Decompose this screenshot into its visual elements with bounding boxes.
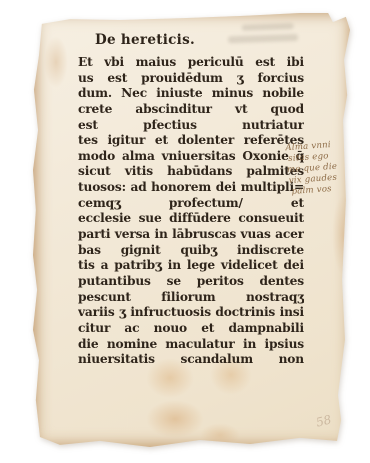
body-line: est pfectius nutriatur Consideran=	[78, 118, 304, 134]
body-line: niuersitatis scandalum non modi=	[78, 352, 304, 368]
pencil-folio-number: 58	[315, 412, 333, 429]
body-line: Et vbi maius periculū est ibi cauci/	[78, 55, 304, 71]
stain	[332, 195, 354, 275]
body-line: citur ac nouo et dampnabili lollar=	[78, 321, 304, 337]
body-line: pescunt filiorum nostraqʒ puincia	[78, 290, 304, 306]
body-line: dum. Nec iniuste minus nobile dis	[78, 86, 304, 102]
stain	[44, 36, 68, 88]
body-line: variis ʒ infructuosis doctrinis insi	[78, 305, 304, 321]
body-line: putantibus se peritos dentes obstu	[78, 274, 304, 290]
stain	[200, 423, 240, 447]
photo-of-incunable-leaf: De hereticis. Et vbi maius periculū est …	[0, 0, 370, 463]
body-line: ecclesie sue diffūdere consueuit iam	[78, 211, 304, 227]
page-heading: De hereticis.	[95, 32, 195, 48]
body-line: modo alma vniuersitas Oxonie q̄	[78, 149, 304, 165]
body-line: us est prouidēdum ʒ forcius resistē/	[78, 71, 304, 87]
body-line: crete abscinditur vt quod nobilius	[78, 102, 304, 118]
body-line: tis a patribʒ in lege videlicet dei re=	[78, 258, 304, 274]
body-line: sicut vitis habūdans palmites fruc	[78, 164, 304, 180]
body-line: tuosos: ad honorem dei multipli=	[78, 180, 304, 196]
body-line: parti versa in lābruscas vuas acer	[78, 227, 304, 243]
body-line: die nomine maculatur in ipsius v=	[78, 337, 304, 353]
leaf-shadow-wrap: De hereticis. Et vbi maius periculū est …	[0, 0, 370, 463]
body-line: tes igitur et dolenter referētes quo/	[78, 133, 304, 149]
showthrough-ghost-text	[228, 23, 305, 50]
stain	[146, 400, 204, 438]
body-line: bas gignit quibʒ indiscrete cōmes=	[78, 243, 304, 259]
paper-leaf: De hereticis. Et vbi maius periculū est …	[33, 13, 350, 447]
text-block: Et vbi maius periculū est ibi cauci/ us …	[78, 55, 304, 368]
handwritten-marginal-note: Alma vnni sitas ego me que die vix gaude…	[285, 139, 351, 198]
body-line: cemqʒ profectum/ et protectionem	[78, 196, 304, 212]
